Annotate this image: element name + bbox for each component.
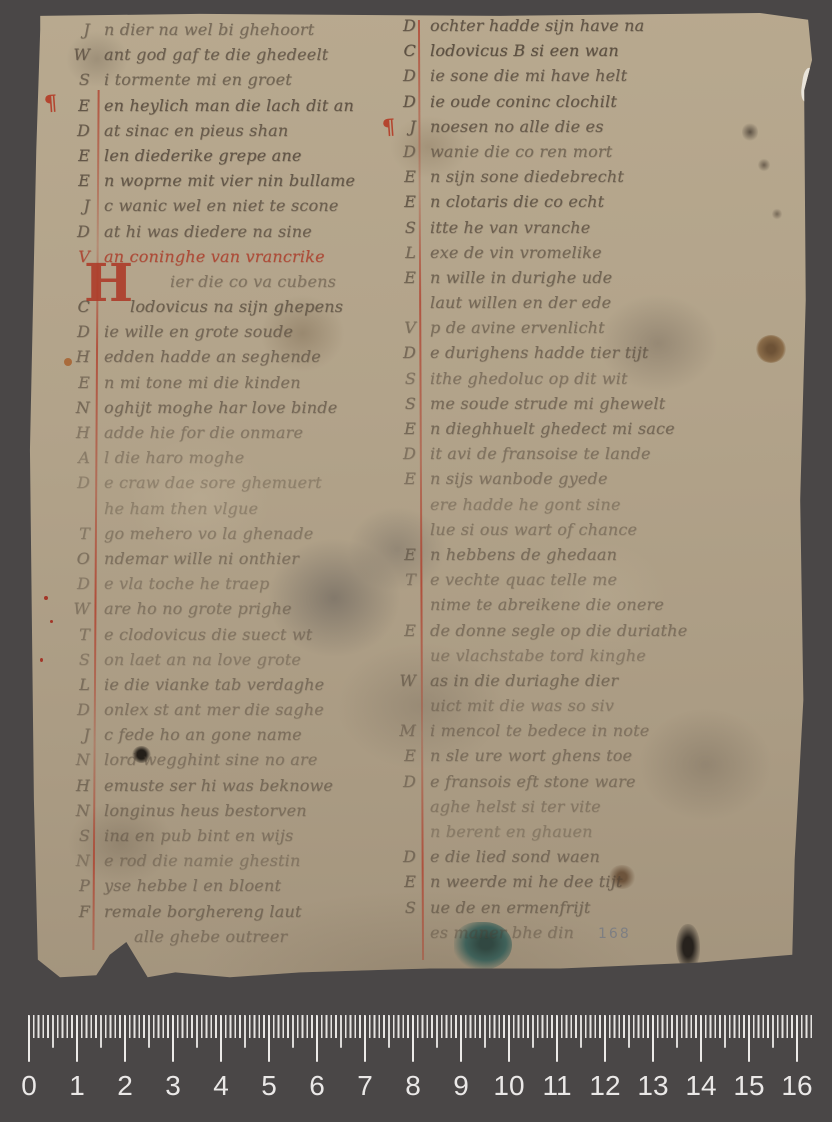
manuscript-text-line: ue vlachstabe tord kinghe [392, 646, 802, 671]
ruler-half-cm-tick [388, 1015, 390, 1048]
manuscript-text-line: En woprne mit vier nin bullame [64, 171, 399, 196]
manuscript-text-line: En sijn sone diedebrecht [392, 167, 802, 192]
line-initial: V [392, 318, 416, 337]
manuscript-text-line: Nlonginus heus bestorven [64, 801, 399, 826]
ruler-half-cm-tick [676, 1015, 678, 1048]
manuscript-text-line: Elen diederike grepe ane [64, 146, 399, 171]
line-text: aghe helst si ter vite [430, 797, 601, 816]
manuscript-text-line: Sina en pub bint en wijs [64, 826, 399, 851]
line-initial: D [64, 574, 90, 593]
manuscript-text-line: Dat hi was diedere na sine [64, 222, 399, 247]
manuscript-text-line: Si tormente mi en groet [64, 70, 399, 95]
line-initial: E [392, 469, 416, 488]
ruler-cm-tick [604, 1015, 607, 1062]
line-text: wanie die co ren mort [430, 142, 612, 161]
manuscript-text-line: En sijs wanbode gyede [392, 469, 802, 494]
ruler-half-cm-tick [52, 1015, 54, 1048]
manuscript-text-line: Pyse hebbe l en bloent [64, 876, 399, 901]
manuscript-text-line: Te vechte quac telle me [392, 570, 802, 595]
line-text: exe de vin vromelike [430, 243, 602, 262]
line-text: n sijs wanbode gyede [430, 469, 608, 488]
manuscript-text-line: Jnoesen no alle die es [392, 117, 802, 142]
line-text: yse hebbe l en bloent [104, 876, 281, 895]
manuscript-text-line: Een heylich man die lach dit an [64, 96, 399, 121]
manuscript-text-line: alle ghebe outreer [64, 927, 399, 952]
line-text: are ho no grote prighe [104, 599, 292, 618]
ruler-half-cm-tick [148, 1015, 150, 1048]
line-initial: S [64, 650, 90, 669]
line-initial: J [392, 117, 416, 136]
line-initial: E [64, 171, 90, 190]
manuscript-text-line: Noghijt moghe har love binde [64, 398, 399, 423]
line-initial: T [64, 524, 90, 543]
line-text: ndemar wille ni onthier [104, 549, 299, 568]
line-text: n dieghhuelt ghedect mi sace [430, 419, 675, 438]
line-initial: S [64, 70, 90, 89]
line-text: ere hadde he gont sine [430, 495, 621, 514]
ruler-number: 12 [583, 1070, 627, 1102]
manuscript-text-line: laut willen en der ede [392, 293, 802, 318]
line-initial: H [64, 347, 90, 366]
line-text: en heylich man die lach dit an [104, 96, 354, 115]
manuscript-text-line: Sue de en ermenfrijt [392, 898, 802, 923]
ruler-half-cm-tick [532, 1015, 534, 1048]
manuscript-text-line: Dwanie die co ren mort [392, 142, 802, 167]
line-text: ie wille en grote soude [104, 322, 293, 341]
line-initial: D [64, 322, 90, 341]
line-initial: S [392, 218, 416, 237]
ruler-number: 0 [7, 1070, 51, 1102]
line-text: edden hadde an seghende [104, 347, 321, 366]
manuscript-text-line: Sithe ghedoluc op dit wit [392, 369, 802, 394]
manuscript-text-line: En mi tone mi die kinden [64, 373, 399, 398]
manuscript-text-line: Tgo mehero vo la ghenade [64, 524, 399, 549]
line-initial: E [64, 146, 90, 165]
manuscript-text-line: Ware ho no grote prighe [64, 599, 399, 624]
line-initial: C [392, 41, 416, 60]
ruler-cm-tick [700, 1015, 703, 1062]
ruler-number: 8 [391, 1070, 435, 1102]
line-text: len diederike grepe ane [104, 146, 302, 165]
stain [50, 620, 53, 623]
ruler-half-cm-tick [292, 1015, 294, 1048]
manuscript-text-line: De durighens hadde tier tijt [392, 343, 802, 368]
line-initial: D [392, 343, 416, 362]
line-text: laut willen en der ede [430, 293, 611, 312]
rubric-line: Van coninghe van vrancrike [64, 247, 399, 272]
manuscript-text-line: Was in die duriaghe dier [392, 671, 802, 696]
manuscript-text-line: En clotaris die co echt [392, 192, 802, 217]
line-initial: N [64, 801, 90, 820]
ruler-half-cm-tick [628, 1015, 630, 1048]
line-initial: S [392, 394, 416, 413]
line-initial: E [392, 872, 416, 891]
ruler-half-cm-tick [436, 1015, 438, 1048]
manuscript-text-line: Clodovicus na sijn ghepens [64, 297, 399, 322]
manuscript-text-line: Hemuste ser hi was beknowe [64, 776, 399, 801]
line-initial: D [392, 847, 416, 866]
ruler-number: 14 [679, 1070, 723, 1102]
line-initial: D [392, 92, 416, 111]
ruler-number: 6 [295, 1070, 339, 1102]
ruler-cm-tick [28, 1015, 31, 1062]
ruler-half-cm-tick [772, 1015, 774, 1048]
manuscript-text-line: Son laet an na love grote [64, 650, 399, 675]
manuscript-text-line: En dieghhuelt ghedect mi sace [392, 419, 802, 444]
line-initial: H [64, 423, 90, 442]
line-initial: H [64, 776, 90, 795]
manuscript-text-line: De die lied sond waen [392, 847, 802, 872]
line-initial: D [392, 444, 416, 463]
line-text: onlex st ant mer die saghe [104, 700, 324, 719]
line-text: n wille in durighe ude [430, 268, 612, 287]
line-text: ithe ghedoluc op dit wit [430, 369, 628, 388]
manuscript-text-line: aghe helst si ter vite [392, 797, 802, 822]
line-text: n clotaris die co echt [430, 192, 604, 211]
ruler-cm-tick [556, 1015, 559, 1062]
ruler-number: 16 [775, 1070, 819, 1102]
ruler-cm-tick [364, 1015, 367, 1062]
line-text: n sijn sone diedebrecht [430, 167, 624, 186]
line-text: e die lied sond waen [430, 847, 600, 866]
line-text: ochter hadde sijn have na [430, 16, 644, 35]
line-text: de donne segle op die duriathe [430, 621, 687, 640]
manuscript-text-line: Jc fede ho an gone name [64, 725, 399, 750]
manuscript-text-line: Ede donne segle op die duriathe [392, 621, 802, 646]
line-initial: E [392, 192, 416, 211]
ruler-number: 2 [103, 1070, 147, 1102]
line-text: ue vlachstabe tord kinghe [430, 646, 646, 665]
ruler-cm-tick [652, 1015, 655, 1062]
manuscript-text-line: Die oude coninc clochilt [392, 92, 802, 117]
manuscript-text-line: En weerde mi he dee tijt [392, 872, 802, 897]
ruler-number: 10 [487, 1070, 531, 1102]
manuscript-text-line: Die sone die mi have helt [392, 66, 802, 91]
manuscript-text-line: uict mit die was so siv [392, 696, 802, 721]
line-initial: F [64, 902, 90, 921]
line-initial: E [392, 167, 416, 186]
manuscript-text-line: En wille in durighe ude [392, 268, 802, 293]
line-text: e rod die namie ghestin [104, 851, 300, 870]
ruler-half-cm-tick [244, 1015, 246, 1048]
ruler-half-cm-tick [100, 1015, 102, 1048]
manuscript-text-line: nime te abreikene die onere [392, 595, 802, 620]
line-initial: E [392, 746, 416, 765]
line-text: es maner bhe din [430, 923, 574, 942]
manuscript-text-line: Jn dier na wel bi ghehoort [64, 20, 399, 45]
line-initial: L [392, 243, 416, 262]
line-initial: D [64, 121, 90, 140]
ruler-cm-tick [76, 1015, 79, 1062]
line-text: ina en pub bint en wijs [104, 826, 293, 845]
ruler-number: 3 [151, 1070, 195, 1102]
line-text: l die haro moghe [104, 448, 244, 467]
manuscript-text-line: Nlord wegghint sine no are [64, 750, 399, 775]
manuscript-text-line: Te clodovicus die suect wt [64, 625, 399, 650]
ruler-half-cm-tick [340, 1015, 342, 1048]
manuscript-text-line: Ondemar wille ni onthier [64, 549, 399, 574]
manuscript-text-line: De vla toche he traep [64, 574, 399, 599]
manuscript-text-line: Ne rod die namie ghestin [64, 851, 399, 876]
ruler-half-cm-tick [484, 1015, 486, 1048]
line-initial: D [392, 16, 416, 35]
manuscript-text-line: he ham then vlgue [64, 499, 399, 524]
line-initial: D [392, 772, 416, 791]
line-text: uict mit die was so siv [430, 696, 614, 715]
line-initial: N [64, 750, 90, 769]
line-text: emuste ser hi was beknowe [104, 776, 333, 795]
ruler-cm-tick [172, 1015, 175, 1062]
line-text: i mencol te bedece in note [430, 721, 649, 740]
manuscript-text-line: En sle ure wort ghens toe [392, 746, 802, 771]
line-text: c fede ho an gone name [104, 725, 302, 744]
line-text: lodovicus B si een wan [430, 41, 619, 60]
line-text: adde hie for die onmare [104, 423, 303, 442]
line-initial: D [64, 700, 90, 719]
line-text: alle ghebe outreer [134, 927, 287, 946]
line-initial: D [64, 222, 90, 241]
manuscript-text-line: Mi mencol te bedece in note [392, 721, 802, 746]
line-text: n berent en ghauen [430, 822, 593, 841]
manuscript-text-line: Dat sinac en pieus shan [64, 121, 399, 146]
ruler-number: 11 [535, 1070, 579, 1102]
line-initial: E [392, 419, 416, 438]
ruler-cm-tick [412, 1015, 415, 1062]
line-text: itte he van vranche [430, 218, 590, 237]
line-text: as in die duriaghe dier [430, 671, 618, 690]
line-initial: C [64, 297, 90, 316]
manuscript-text-line: Hedden hadde an seghende [64, 347, 399, 372]
manuscript-text-line: Vp de avine ervenlicht [392, 318, 802, 343]
paragraph-mark-icon: ¶ [43, 90, 58, 116]
line-initial: J [64, 20, 90, 39]
line-initial: W [64, 45, 90, 64]
line-initial: W [392, 671, 416, 690]
line-text: n sle ure wort ghens toe [430, 746, 632, 765]
manuscript-text-line: Lexe de vin vromelike [392, 243, 802, 268]
ruler-cm-tick [220, 1015, 223, 1062]
line-text: n hebbens de ghedaan [430, 545, 617, 564]
line-text: he ham then vlgue [104, 499, 258, 518]
manuscript-text-line: Fremale borghereng laut [64, 902, 399, 927]
line-initial: D [64, 473, 90, 492]
line-initial: D [392, 142, 416, 161]
line-text: noesen no alle die es [430, 117, 604, 136]
line-initial: S [64, 826, 90, 845]
ruler-number: 1 [55, 1070, 99, 1102]
ruler-cm-tick [460, 1015, 463, 1062]
manuscript-text-line: ier die co va cubens [64, 272, 399, 297]
stain [44, 596, 48, 600]
line-text: ie die vianke tab verdaghe [104, 675, 324, 694]
ruler-half-cm-tick [580, 1015, 582, 1048]
ruler-cm-tick [316, 1015, 319, 1062]
line-initial: O [64, 549, 90, 568]
ruler-number: 7 [343, 1070, 387, 1102]
line-text: on laet an na love grote [104, 650, 301, 669]
line-text: ant god gaf te die ghedeelt [104, 45, 328, 64]
manuscript-text-line: ere hadde he gont sine [392, 495, 802, 520]
line-initial: E [64, 96, 90, 115]
line-text: e clodovicus die suect wt [104, 625, 312, 644]
line-initial: M [392, 721, 416, 740]
line-text: e durighens hadde tier tijt [430, 343, 648, 362]
line-text: ie sone die mi have helt [430, 66, 627, 85]
parchment-tear-chip [800, 67, 819, 103]
line-text: ie oude coninc clochilt [430, 92, 617, 111]
photograph-background: 168 ¶ ¶ H Jn dier na wel bi ghehoortWant… [0, 0, 832, 1122]
line-text: oghijt moghe har love binde [104, 398, 337, 417]
manuscript-text-line: De fransois eft stone ware [392, 772, 802, 797]
line-text: an coninghe van vrancrike [104, 247, 325, 266]
line-text: e craw dae sore ghemuert [104, 473, 322, 492]
line-text: remale borghereng laut [104, 902, 302, 921]
ruler-half-cm-tick [196, 1015, 198, 1048]
line-text: lue si ous wart of chance [430, 520, 637, 539]
line-initial: N [64, 398, 90, 417]
line-initial: S [392, 898, 416, 917]
line-initial: D [392, 66, 416, 85]
line-text: at sinac en pieus shan [104, 121, 288, 140]
line-initial: E [392, 545, 416, 564]
line-text: longinus heus bestorven [104, 801, 307, 820]
line-text: e vla toche he traep [104, 574, 269, 593]
line-text: n mi tone mi die kinden [104, 373, 301, 392]
line-initial: V [64, 247, 90, 266]
line-initial: A [64, 448, 90, 467]
line-text: it avi de fransoise te lande [430, 444, 651, 463]
manuscript-text-line: Dochter hadde sijn have na [392, 16, 802, 41]
manuscript-text-line: Want god gaf te die ghedeelt [64, 45, 399, 70]
line-text: c wanic wel en niet te scone [104, 196, 339, 215]
manuscript-fragment: 168 ¶ ¶ H Jn dier na wel bi ghehoortWant… [26, 10, 816, 990]
line-initial: T [392, 570, 416, 589]
line-initial: P [64, 876, 90, 895]
ruler-number: 5 [247, 1070, 291, 1102]
ruler-number: 4 [199, 1070, 243, 1102]
ruler-number: 13 [631, 1070, 675, 1102]
line-text: nime te abreikene die onere [430, 595, 664, 614]
measurement-ruler: 012345678910111213141516 [0, 1012, 832, 1122]
ruler-millimeter-ticks [28, 1015, 814, 1038]
manuscript-text-line: Al die haro moghe [64, 448, 399, 473]
ruler-number: 9 [439, 1070, 483, 1102]
manuscript-text-line: Sme soude strude mi ghewelt [392, 394, 802, 419]
manuscript-text-line: lue si ous wart of chance [392, 520, 802, 545]
line-text: at hi was diedere na sine [104, 222, 312, 241]
line-initial: N [64, 851, 90, 870]
line-initial: W [64, 599, 90, 618]
line-initial: L [64, 675, 90, 694]
manuscript-text-line: Hadde hie for die onmare [64, 423, 399, 448]
line-text: e fransois eft stone ware [430, 772, 636, 791]
line-initial: J [64, 196, 90, 215]
line-text: me soude strude mi ghewelt [430, 394, 665, 413]
manuscript-text-line: Lie die vianke tab verdaghe [64, 675, 399, 700]
manuscript-column-right: Dochter hadde sijn have naClodovicus B s… [392, 16, 802, 948]
line-initial: E [64, 373, 90, 392]
manuscript-text-line: Dit avi de fransoise te lande [392, 444, 802, 469]
line-text: ue de en ermenfrijt [430, 898, 590, 917]
line-text: lodovicus na sijn ghepens [130, 297, 343, 316]
line-text: n weerde mi he dee tijt [430, 872, 623, 891]
manuscript-text-line: Jc wanic wel en niet te scone [64, 196, 399, 221]
ruler-cm-tick [268, 1015, 271, 1062]
line-text: lord wegghint sine no are [104, 750, 317, 769]
ruler-number: 15 [727, 1070, 771, 1102]
manuscript-text-line: Sitte he van vranche [392, 218, 802, 243]
manuscript-column-left: Jn dier na wel bi ghehoortWant god gaf t… [64, 20, 399, 952]
ruler-half-cm-tick [724, 1015, 726, 1048]
line-text: n dier na wel bi ghehoort [104, 20, 314, 39]
line-text: ier die co va cubens [170, 272, 336, 291]
line-initial: E [392, 621, 416, 640]
line-text: go mehero vo la ghenade [104, 524, 313, 543]
line-text: i tormente mi en groet [104, 70, 292, 89]
manuscript-text-line: En hebbens de ghedaan [392, 545, 802, 570]
line-initial: E [392, 268, 416, 287]
line-text: p de avine ervenlicht [430, 318, 605, 337]
manuscript-text-line: es maner bhe din [392, 923, 802, 948]
line-initial: J [64, 725, 90, 744]
manuscript-text-line: Clodovicus B si een wan [392, 41, 802, 66]
line-initial: S [392, 369, 416, 388]
ruler-cm-tick [796, 1015, 799, 1062]
line-initial: T [64, 625, 90, 644]
line-text: n woprne mit vier nin bullame [104, 171, 355, 190]
manuscript-text-line: Donlex st ant mer die saghe [64, 700, 399, 725]
manuscript-text-line: n berent en ghauen [392, 822, 802, 847]
manuscript-text-line: Die wille en grote soude [64, 322, 399, 347]
ruler-cm-tick [748, 1015, 751, 1062]
stain [40, 658, 43, 662]
ruler-cm-tick [508, 1015, 511, 1062]
manuscript-text-line: De craw dae sore ghemuert [64, 473, 399, 498]
ruler-cm-tick [124, 1015, 127, 1062]
line-text: e vechte quac telle me [430, 570, 617, 589]
